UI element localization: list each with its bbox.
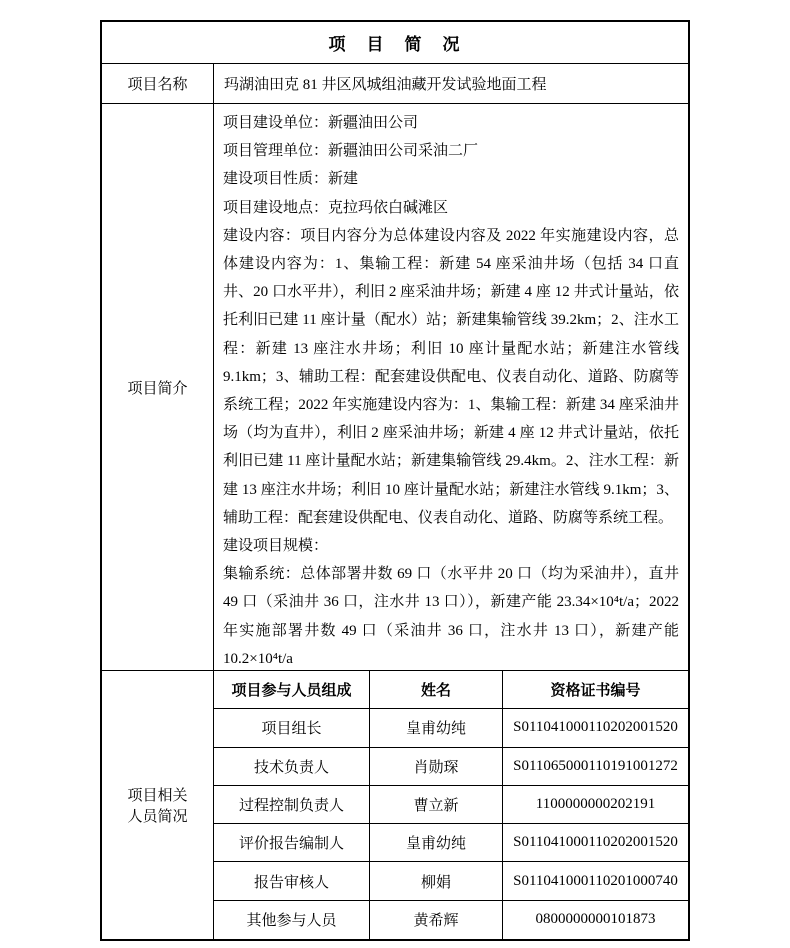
people-section-label-line1: 项目相关	[127, 784, 187, 805]
people-row-role: 过程控制负责人	[214, 786, 370, 824]
intro-line: 建设内容：项目内容分为总体建设内容及 2022 年实施建设内容，总体建设内容为：…	[223, 222, 679, 532]
people-row-name: 黄希辉	[370, 901, 503, 939]
project-name-label: 项目名称	[102, 64, 214, 103]
people-row-role: 评价报告编制人	[214, 824, 370, 862]
people-table: 项目参与人员组成 姓名 资格证书编号 项目组长 皇甫幼纯 S0110410001…	[214, 671, 688, 939]
people-row-name: 柳娟	[370, 862, 503, 900]
people-row-cert: 1100000000202191	[503, 786, 688, 824]
intro-line: 项目建设地点：克拉玛依白碱滩区	[223, 194, 679, 222]
people-header-name: 姓名	[370, 671, 503, 709]
people-row-cert: S011065000110191001272	[503, 748, 688, 786]
people-section-label: 项目相关 人员简况	[102, 671, 214, 939]
intro-line: 建设项目规模：	[223, 532, 679, 560]
people-row-cert: S011041000110201000740	[503, 862, 688, 900]
intro-line: 集输系统：总体部署井数 69 口（水平井 20 口（均为采油井），直井 49 口…	[223, 560, 679, 670]
people-row-role: 报告审核人	[214, 862, 370, 900]
project-name-row: 项目名称 玛湖油田克 81 井区风城组油藏开发试验地面工程	[102, 64, 688, 104]
table-title: 项 目 简 况	[102, 22, 688, 64]
people-header-cert: 资格证书编号	[503, 671, 688, 709]
people-row-cert: S011041000110202001520	[503, 709, 688, 747]
intro-line: 项目管理单位：新疆油田公司采油二厂	[223, 137, 679, 165]
people-row-cert: 0800000000101873	[503, 901, 688, 939]
people-section-label-line2: 人员简况	[127, 805, 187, 826]
people-row-role: 技术负责人	[214, 748, 370, 786]
people-row-name: 皇甫幼纯	[370, 824, 503, 862]
intro-line: 建设项目性质：新建	[223, 165, 679, 193]
project-intro-label: 项目简介	[102, 104, 214, 670]
project-name-value: 玛湖油田克 81 井区风城组油藏开发试验地面工程	[214, 64, 688, 103]
project-intro-row: 项目简介 项目建设单位：新疆油田公司 项目管理单位：新疆油田公司采油二厂 建设项…	[102, 104, 688, 671]
people-row-name: 曹立新	[370, 786, 503, 824]
project-intro-content: 项目建设单位：新疆油田公司 项目管理单位：新疆油田公司采油二厂 建设项目性质：新…	[214, 104, 688, 670]
people-row-role: 其他参与人员	[214, 901, 370, 939]
intro-line: 项目建设单位：新疆油田公司	[223, 109, 679, 137]
project-people-row: 项目相关 人员简况 项目参与人员组成 姓名 资格证书编号 项目组长 皇甫幼纯 S…	[102, 671, 688, 939]
people-header-role: 项目参与人员组成	[214, 671, 370, 709]
people-row-cert: S011041000110202001520	[503, 824, 688, 862]
project-overview-table: 项 目 简 况 项目名称 玛湖油田克 81 井区风城组油藏开发试验地面工程 项目…	[100, 20, 690, 941]
people-row-role: 项目组长	[214, 709, 370, 747]
people-row-name: 皇甫幼纯	[370, 709, 503, 747]
people-row-name: 肖勋琛	[370, 748, 503, 786]
